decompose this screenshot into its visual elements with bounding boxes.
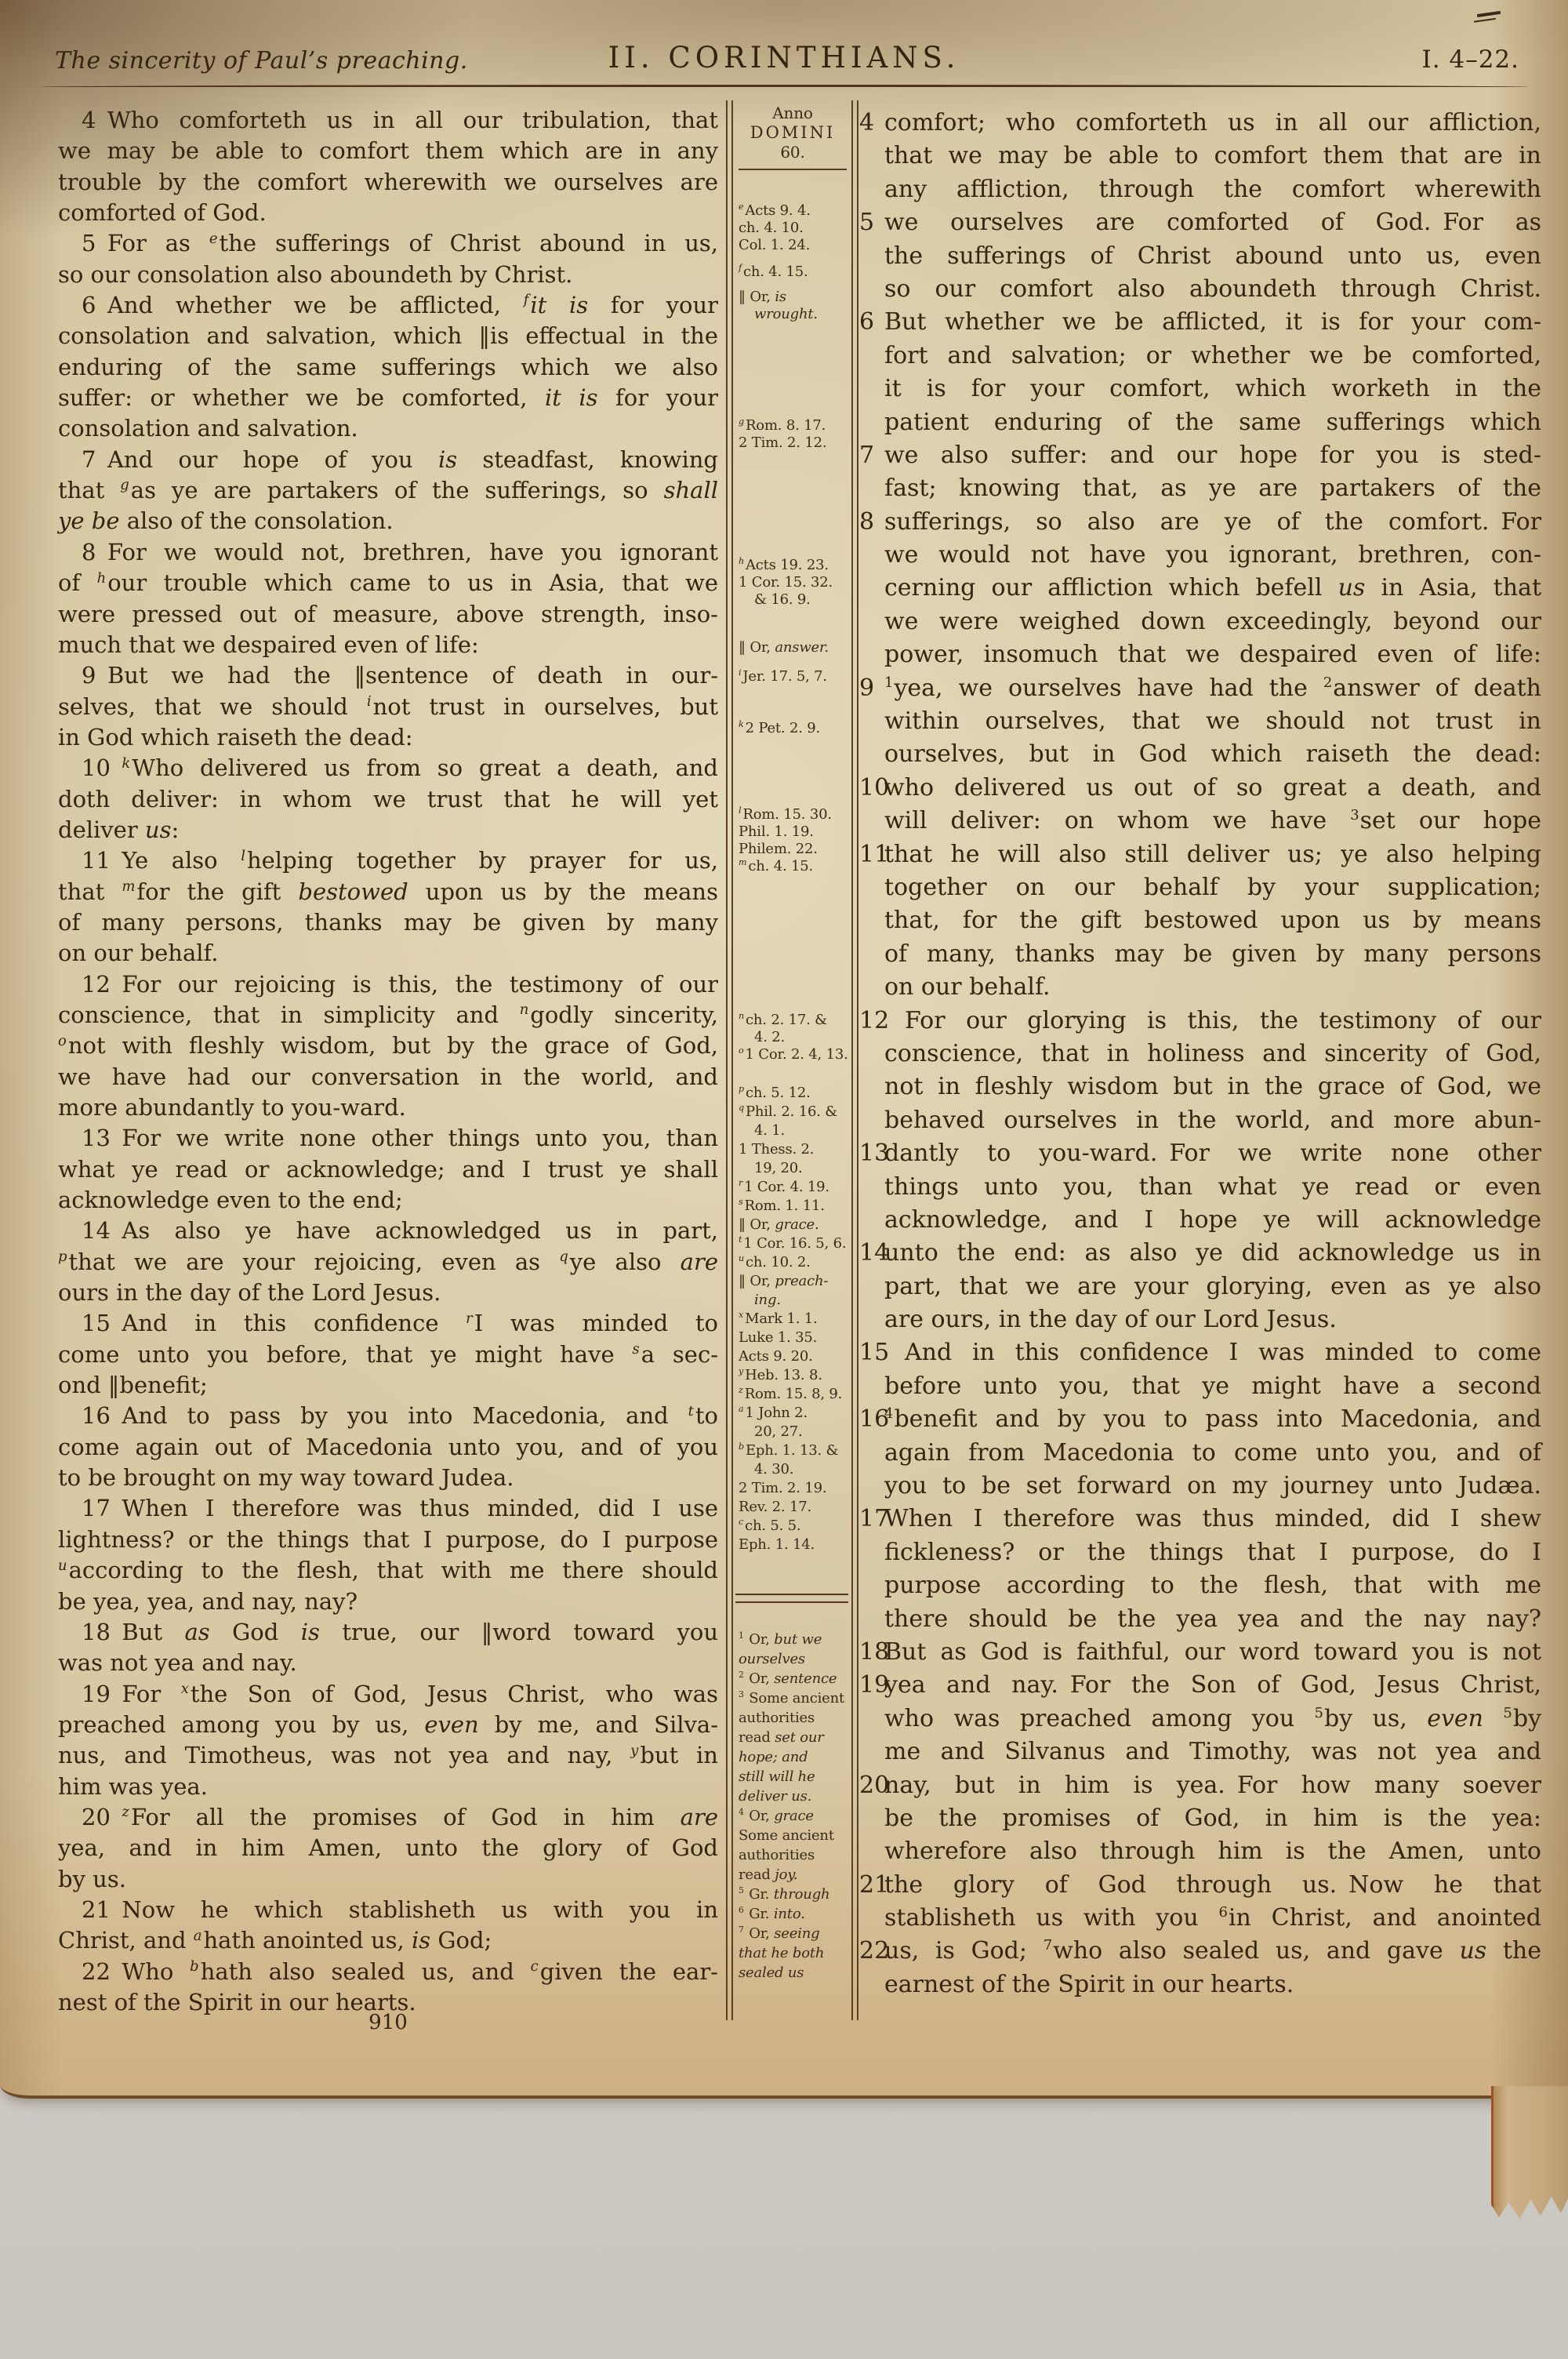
rv-text-line: 17When I therefore was thus minded, did … <box>884 1503 1541 1536</box>
rv-text-line: we were weighed down exceedingly, beyond… <box>884 605 1541 638</box>
italic-text: seeing <box>774 1925 819 1942</box>
kjv-text-line: 15 And in this confidence rI was minded … <box>58 1308 718 1339</box>
superscript-ref: 7 <box>1044 1937 1052 1954</box>
margin-note-line: Rev. 2. 17. <box>739 1498 850 1517</box>
superscript-ref: 6 <box>1218 1904 1227 1921</box>
rv-text-line: conscience, that in holiness and sinceri… <box>884 1038 1541 1070</box>
rv-text-line: there should be the yea yea and the nay … <box>884 1603 1541 1636</box>
margin-note-line: eActs 9. 4. <box>739 202 850 220</box>
rv-text-line: 7we also suffer: and our hope for you is… <box>884 439 1541 472</box>
margin-note-line: hope; and <box>739 1747 850 1767</box>
kjv-text-line: nus, and Timotheus, was not yea and nay,… <box>58 1740 718 1771</box>
margin-note: nch. 2. 17. &4. 2.o1 Cor. 2. 4, 13. <box>739 1012 850 1063</box>
superscript-ref: p <box>58 1249 67 1265</box>
superscript-ref: 3 <box>739 1689 744 1699</box>
superscript-ref: 2 <box>739 1670 744 1680</box>
book-page: The sincerity of Paul’s preaching. II. C… <box>0 0 1568 2099</box>
rv-text-line: 19yea and nay. For the Son of God, Jesus… <box>884 1669 1541 1702</box>
column-rule <box>731 100 733 2020</box>
column-rule <box>726 100 728 2020</box>
margin-note: hActs 19. 23.1 Cor. 15. 32.& 16. 9. <box>739 557 850 609</box>
margin-note-line: 2 Or, sentence <box>739 1669 850 1688</box>
kjv-text-line: consolation and salvation, which ‖is eff… <box>58 321 718 351</box>
margin-note-line: pch. 5. 12. <box>739 1084 850 1103</box>
kjv-text-line: on our behalf. <box>58 938 718 969</box>
margin-note-line: fch. 4. 15. <box>739 264 850 281</box>
verse-number: 16 <box>859 1403 883 1436</box>
superscript-ref: 2 <box>1323 674 1332 691</box>
kjv-text-line: 9 But we had the ‖sentence of death in o… <box>58 660 718 691</box>
margin-note: gRom. 8. 17.2 Tim. 2. 12. <box>739 417 850 452</box>
kjv-text-line: what ye read or acknowledge; and I trust… <box>58 1154 718 1185</box>
kjv-text-line: acknowledge even to the end; <box>58 1185 718 1216</box>
italic-text: us <box>145 816 172 843</box>
kjv-text-line: 17 When I therefore was thus minded, did… <box>58 1493 718 1524</box>
margin-note-line: ‖ Or, preach- <box>739 1272 850 1291</box>
kjv-text-line: 14 As also ye have acknowledged us in pa… <box>58 1216 718 1246</box>
margin-note-line: 4. 30. <box>739 1460 850 1479</box>
superscript-ref: 3 <box>1350 807 1359 823</box>
superscript-ref: f <box>524 292 529 308</box>
verse-number: 18 <box>859 1636 883 1669</box>
rv-text-line: power, insomuch that we despaired even o… <box>884 638 1541 671</box>
superscript-ref: u <box>739 1253 744 1263</box>
rv-text-line: 20nay, but in him is yea. For how many s… <box>884 1769 1541 1802</box>
kjv-text-line: to be brought on my way toward Judea. <box>58 1463 718 1493</box>
verse-number: 8 <box>859 506 883 539</box>
margin-note-line: 4. 2. <box>739 1029 850 1046</box>
rv-text-line: that we may be able to comfort them that… <box>884 140 1541 173</box>
rv-text-line: part, that we are your glorying, even as… <box>884 1270 1541 1303</box>
kjv-text-line: we have had our conversation in the worl… <box>58 1062 718 1092</box>
verse-number: 12 <box>859 1005 883 1038</box>
superscript-ref: 5 <box>739 1885 744 1896</box>
italic-text: ye be <box>58 507 120 534</box>
rv-text-line: before unto you, that ye might have a se… <box>884 1370 1541 1403</box>
rv-text-line: it is for your comfort, which worketh in… <box>884 373 1541 405</box>
bookmark-ribbon <box>1491 2086 1568 2224</box>
superscript-ref: e <box>739 202 743 212</box>
kjv-text-line: comforted of God. <box>58 198 718 228</box>
italic-text: grace <box>774 1808 814 1824</box>
margin-note-line: 1 Thess. 2. <box>739 1140 850 1159</box>
rv-text-line: stablisheth us with you 6in Christ, and … <box>884 1902 1541 1935</box>
superscript-ref: o <box>739 1045 744 1056</box>
italic-text: ourselves <box>739 1651 805 1667</box>
kjv-text-line: 6 And whether we be afflicted, fit is fo… <box>58 290 718 321</box>
kjv-text-line: was not yea and nay. <box>58 1648 718 1678</box>
rv-text-line: 4comfort; who comforteth us in all our a… <box>884 107 1541 140</box>
superscript-ref: f <box>739 263 742 273</box>
column-rule <box>857 100 858 2020</box>
italic-text: but we <box>774 1631 822 1648</box>
superscript-ref: x <box>181 1681 189 1697</box>
italic-text: grace. <box>775 1216 818 1233</box>
margin-note-line: qPhil. 2. 16. & <box>739 1103 850 1121</box>
superscript-ref: o <box>58 1033 67 1049</box>
verse-number: 17 <box>859 1503 883 1536</box>
italic-text: is <box>301 1619 320 1645</box>
rv-text-line: any affliction, through the comfort wher… <box>884 173 1541 206</box>
anno-line: DOMINI <box>735 123 850 143</box>
rv-text-line: 13dantly to you-ward. For we write none … <box>884 1137 1541 1170</box>
italic-text: are <box>681 1804 718 1830</box>
rv-text-line: fickleness? or the things that I purpose… <box>884 1536 1541 1569</box>
margin-note-line: hActs 19. 23. <box>739 557 850 574</box>
kjv-text-line: conscience, that in simplicity and ngodl… <box>58 1000 718 1030</box>
margin-note: ‖ Or, answer. <box>739 639 850 656</box>
margin-note-line: ‖ Or, answer. <box>739 639 850 656</box>
kjv-text-line: uaccording to the flesh, that with me th… <box>58 1555 718 1586</box>
italic-text: preach- <box>775 1273 828 1289</box>
italic-text: that he both <box>739 1945 824 1961</box>
margin-note-line: 1 Cor. 15. 32. <box>739 574 850 591</box>
rv-text-line: 15And in this confidence I was minded to… <box>884 1336 1541 1369</box>
kjv-text-line: doth deliver: in whom we trust that he w… <box>58 784 718 815</box>
kjv-text-line: him was yea. <box>58 1772 718 1802</box>
italic-text: even <box>1427 1705 1483 1732</box>
rv-text-line: you to be set forward on my journey unto… <box>884 1470 1541 1503</box>
margin-note-line: read joy. <box>739 1865 850 1885</box>
italic-text: still will he <box>739 1768 815 1785</box>
margin-note-line: xMark 1. 1. <box>739 1310 850 1329</box>
margin-note-line: ch. 4. 10. <box>739 220 850 237</box>
verse-number: 9 <box>859 672 883 705</box>
rv-text-line: behaved ourselves in the world, and more… <box>884 1104 1541 1137</box>
margin-note-line: wrought. <box>739 306 850 323</box>
rv-text-line: wherefore also through him is the Amen, … <box>884 1835 1541 1868</box>
italic-text: through <box>774 1886 830 1903</box>
kjv-text-line: ond ‖benefit; <box>58 1370 718 1401</box>
margin-divider-rule <box>735 1594 848 1603</box>
verse-number: 21 <box>859 1869 883 1902</box>
superscript-ref: a <box>194 1928 202 1944</box>
kjv-text-line: of hour trouble which came to us in Asia… <box>58 568 718 598</box>
rv-text-line: 18But as God is faithful, our word towar… <box>884 1636 1541 1669</box>
kjv-text-line: be yea, yea, and nay, nay? <box>58 1587 718 1617</box>
superscript-ref: c <box>531 1958 539 1975</box>
margin-note: 1 Or, but weourselves2 Or, sentence3 Som… <box>739 1630 850 1983</box>
verse-number: 6 <box>859 306 883 339</box>
italic-text: bestowed <box>298 878 408 905</box>
kjv-text-line: 11 Ye also lhelping together by prayer f… <box>58 845 718 876</box>
verse-number: 22 <box>859 1935 883 1968</box>
margin-note-line: authorities <box>739 1708 850 1728</box>
superscript-ref: y <box>739 1366 743 1376</box>
superscript-ref: n <box>520 1001 529 1018</box>
margin-note-line: & 16. 9. <box>739 591 850 609</box>
kjv-text-line: suffer: or whether we be comforted, it i… <box>58 383 718 413</box>
rv-text-line: cerning our affliction which befell us i… <box>884 572 1541 605</box>
margin-note-line: r1 Cor. 4. 19. <box>739 1178 850 1197</box>
margin-note-line: Philem. 22. <box>739 841 850 858</box>
italic-text: is <box>438 446 457 473</box>
superscript-ref: m <box>739 857 746 867</box>
margin-note: ‖ Or, iswrought. <box>739 289 850 323</box>
pen-mark <box>1477 11 1501 17</box>
margin-note-line: deliver us. <box>739 1787 850 1806</box>
verse-number: 10 <box>859 772 883 805</box>
superscript-ref: p <box>739 1084 744 1094</box>
rv-text-line: the sufferings of Christ abound unto us,… <box>884 240 1541 273</box>
italic-text: it is <box>545 384 598 411</box>
italic-text: are <box>681 1249 718 1275</box>
margin-note-line: 4. 1. <box>739 1121 850 1140</box>
rv-text-line: me and Silvanus and Timothy, was not yea… <box>884 1736 1541 1768</box>
kjv-text-line: onot with fleshly wisdom, but by the gra… <box>58 1030 718 1061</box>
margin-note: eActs 9. 4.ch. 4. 10.Col. 1. 24. <box>739 202 850 254</box>
verse-number: 4 <box>859 107 883 140</box>
superscript-ref: 7 <box>739 1925 744 1935</box>
superscript-ref: z <box>122 1804 129 1820</box>
rv-text-line: not in fleshly wisdom but in the grace o… <box>884 1070 1541 1103</box>
rv-text-line: 11that he will also still deliver us; ye… <box>884 838 1541 871</box>
superscript-ref: s <box>633 1341 640 1358</box>
superscript-ref: a <box>739 1404 743 1414</box>
margin-note-line: 5 Gr. through <box>739 1885 850 1904</box>
kjv-text-line: lightness? or the things that I purpose,… <box>58 1525 718 1555</box>
rv-text-line: together on our behalf by your supplicat… <box>884 871 1541 904</box>
page-number: 910 <box>58 2011 718 2034</box>
italic-text: shall <box>664 477 718 503</box>
superscript-ref: g <box>739 416 744 427</box>
margin-note-line: mch. 4. 15. <box>739 858 850 875</box>
margin-note-line: authorities <box>739 1845 850 1865</box>
rv-text-line: on our behalf. <box>884 971 1541 1004</box>
kjv-text-line: so our consolation also aboundeth by Chr… <box>58 260 718 290</box>
superscript-ref: n <box>739 1011 744 1021</box>
superscript-ref: k <box>122 755 130 772</box>
header-chapter-ref: I. 4–22. <box>1422 45 1519 74</box>
rv-text-line: 8sufferings, so also are ye of the comfo… <box>884 506 1541 539</box>
margin-note-line: that he both <box>739 1943 850 1963</box>
margin-note: k2 Pet. 2. 9. <box>739 720 850 737</box>
kjv-text-line: of many persons, thanks may be given by … <box>58 907 718 938</box>
kjv-text-line: we may be able to comfort them which are… <box>58 136 718 166</box>
margin-note-line: Acts 9. 20. <box>739 1347 850 1366</box>
superscript-ref: 4 <box>739 1807 744 1817</box>
superscript-ref: b <box>739 1441 744 1452</box>
rv-text-line: again from Macedonia to come unto you, a… <box>884 1437 1541 1470</box>
kjv-text-line: that mfor the gift bestowed upon us by t… <box>58 877 718 907</box>
italic-text: it is <box>530 292 588 318</box>
italic-text: set our <box>775 1729 823 1746</box>
margin-note-line: ing. <box>739 1291 850 1310</box>
superscript-ref: c <box>739 1517 743 1527</box>
italic-text: answer. <box>775 639 829 656</box>
anno-domini-block: Anno DOMINI 60. <box>735 104 850 170</box>
superscript-ref: b <box>190 1958 199 1975</box>
superscript-ref: s <box>739 1197 743 1207</box>
margin-note-line: ‖ Or, is <box>739 289 850 306</box>
margin-note-line: ourselves <box>739 1649 850 1669</box>
kjv-text-line: 7 And our hope of you is steadfast, know… <box>58 445 718 475</box>
margin-note-line: lRom. 15. 30. <box>739 806 850 823</box>
margin-note-line: gRom. 8. 17. <box>739 417 850 434</box>
rv-text-line: 164benefit and by you to pass into Maced… <box>884 1403 1541 1436</box>
rv-text-line: fast; knowing that, as ye are partakers … <box>884 472 1541 505</box>
kjv-text-line: 20 zFor all the promises of God in him a… <box>58 1802 718 1833</box>
kjv-text-line: Christ, and ahath anointed us, is God; <box>58 1925 718 1956</box>
margin-note-line: 4 Or, grace <box>739 1806 850 1826</box>
superscript-ref: i <box>739 667 741 678</box>
rv-text-line: of many, thanks may be given by many per… <box>884 938 1541 971</box>
superscript-ref: g <box>120 477 129 493</box>
margin-note-line: 19, 20. <box>739 1159 850 1178</box>
margin-note-line: Eph. 1. 14. <box>739 1536 850 1554</box>
superscript-ref: i <box>367 693 372 710</box>
italic-text: wrought. <box>754 306 818 322</box>
rv-column: 4comfort; who comforteth us in all our a… <box>884 107 1541 2001</box>
margin-note-line: a1 John 2. <box>739 1404 850 1423</box>
kjv-text-line: 4 Who comforteth us in all our tribulati… <box>58 105 718 136</box>
anno-line: Anno <box>735 104 850 123</box>
column-rule <box>851 100 853 2020</box>
margin-note-line: zRom. 15. 8, 9. <box>739 1385 850 1404</box>
superscript-ref: h <box>97 570 107 587</box>
rv-text-line: 6But whether we be afflicted, it is for … <box>884 306 1541 339</box>
margin-note-line: o1 Cor. 2. 4, 13. <box>739 1046 850 1063</box>
margin-note-line: yHeb. 13. 8. <box>739 1366 850 1385</box>
rv-text-line: so our comfort also aboundeth through Ch… <box>884 273 1541 306</box>
superscript-ref: m <box>122 878 135 895</box>
margin-note-line: 3 Some ancient <box>739 1688 850 1708</box>
superscript-ref: r <box>466 1310 473 1327</box>
superscript-ref: l <box>739 805 741 816</box>
rv-text-line: ourselves, but in God which raiseth the … <box>884 738 1541 771</box>
margin-note: iJer. 17. 5, 7. <box>739 668 850 685</box>
margin-note-line: 2 Tim. 2. 19. <box>739 1479 850 1498</box>
kjv-text-line: ours in the day of the Lord Jesus. <box>58 1278 718 1308</box>
kjv-text-line: preached among you by us, even by me, an… <box>58 1710 718 1740</box>
superscript-ref: x <box>739 1310 743 1320</box>
margin-note-line: 7 Or, seeing <box>739 1924 850 1943</box>
verse-number: 14 <box>859 1237 883 1270</box>
superscript-ref: q <box>739 1103 744 1113</box>
anno-line: 60. <box>735 143 850 162</box>
verse-number: 5 <box>859 206 883 239</box>
superscript-ref: z <box>739 1385 743 1395</box>
superscript-ref: 6 <box>739 1905 744 1915</box>
margin-note-line: read set our <box>739 1728 850 1747</box>
kjv-text-line: 18 But as God is true, our ‖word toward … <box>58 1617 718 1648</box>
superscript-ref: y <box>630 1743 638 1759</box>
margin-note-line: 6 Gr. into. <box>739 1904 850 1924</box>
rv-text-line: will deliver: on whom we have 3set our h… <box>884 805 1541 838</box>
italic-text: into. <box>774 1906 805 1922</box>
superscript-ref: k <box>739 719 744 729</box>
kjv-text-line: 10 kWho delivered us from so great a dea… <box>58 753 718 783</box>
kjv-text-line: come again out of Macedonia unto you, an… <box>58 1432 718 1463</box>
kjv-text-line: much that we despaired even of life: <box>58 630 718 660</box>
margin-note-line: t1 Cor. 16. 5, 6. <box>739 1234 850 1253</box>
photo-background: The sincerity of Paul’s preaching. II. C… <box>0 0 1568 2359</box>
kjv-text-line: 22 Who bhath also sealed us, and cgiven … <box>58 1957 718 1987</box>
italic-text: ing. <box>754 1292 781 1308</box>
margin-note-line: uch. 10. 2. <box>739 1253 850 1272</box>
rv-text-line: 22us, is God; 7who also sealed us, and g… <box>884 1935 1541 1968</box>
rv-text-line: earnest of the Spirit in our hearts. <box>884 1968 1541 2001</box>
margin-note: lRom. 15. 30.Phil. 1. 19.Philem. 22.mch.… <box>739 806 850 875</box>
kjv-text-line: 13 For we write none other things unto y… <box>58 1123 718 1154</box>
margin-note-line: still will he <box>739 1767 850 1787</box>
margin-note: fch. 4. 15. <box>739 264 850 281</box>
rv-text-line: things unto you, than what ye read or ev… <box>884 1171 1541 1204</box>
superscript-ref: 1 <box>739 1630 744 1641</box>
margin-note-line: nch. 2. 17. & <box>739 1012 850 1029</box>
rv-text-line: 21the glory of God through us. Now he th… <box>884 1869 1541 1902</box>
verse-number: 7 <box>859 439 883 472</box>
kjv-text-line: 21 Now he which stablisheth us with you … <box>58 1895 718 1925</box>
superscript-ref: 5 <box>1315 1705 1323 1721</box>
kjv-text-line: come unto you before, that ye might have… <box>58 1339 718 1370</box>
rv-text-line: acknowledge, and I hope ye will acknowle… <box>884 1204 1541 1237</box>
margin-note: pch. 5. 12.qPhil. 2. 16. &4. 1.1 Thess. … <box>739 1084 850 1554</box>
kjv-text-line: 5 For as ethe sufferings of Christ aboun… <box>58 228 718 259</box>
rv-text-line: be the promises of God, in him is the ye… <box>884 1802 1541 1835</box>
margin-note-line: Phil. 1. 19. <box>739 823 850 841</box>
kjv-text-line: enduring of the same sufferings which we… <box>58 352 718 383</box>
margin-note-line: 20, 27. <box>739 1423 850 1441</box>
margin-note-line: Col. 1. 24. <box>739 237 850 254</box>
rv-text-line: 14unto the end: as also ye did acknowled… <box>884 1237 1541 1270</box>
italic-text: sealed us <box>739 1965 804 1981</box>
verse-number: 20 <box>859 1769 883 1802</box>
margin-note-line: 1 Or, but we <box>739 1630 850 1649</box>
kjv-text-line: yea, and in him Amen, unto the glory of … <box>58 1833 718 1863</box>
kjv-text-line: selves, that we should inot trust in our… <box>58 692 718 722</box>
superscript-ref: h <box>739 556 744 566</box>
italic-text: hope; and <box>739 1749 808 1765</box>
rv-text-line: within ourselves, that we should not tru… <box>884 705 1541 738</box>
header-rule <box>39 85 1529 87</box>
kjv-text-line: consolation and salvation. <box>58 413 718 444</box>
kjv-text-line: in God which raiseth the dead: <box>58 722 718 753</box>
superscript-ref: q <box>559 1249 568 1265</box>
rv-text-line: patient enduring of the same sufferings … <box>884 406 1541 439</box>
superscript-ref: 1 <box>884 674 893 691</box>
kjv-text-line: 16 And to pass by you into Macedonia, an… <box>58 1401 718 1431</box>
italic-text: is <box>775 289 786 305</box>
margin-note-line: Some ancient <box>739 1826 850 1845</box>
kjv-text-line: 8 For we would not, brethren, have you i… <box>58 537 718 568</box>
italic-text: us <box>1338 574 1366 602</box>
kjv-text-line: more abundantly to you-ward. <box>58 1092 718 1123</box>
rv-text-line: that, for the gift bestowed upon us by m… <box>884 904 1541 937</box>
italic-text: us <box>1459 1937 1486 1965</box>
italic-text: joy. <box>775 1866 797 1883</box>
kjv-column: 4 Who comforteth us in all our tribulati… <box>58 105 718 2018</box>
italic-text: even <box>424 1711 478 1738</box>
rv-text-line: are ours, in the day of our Lord Jesus. <box>884 1303 1541 1336</box>
verse-number: 13 <box>859 1137 883 1170</box>
verse-number: 11 <box>859 838 883 871</box>
kjv-text-line: were pressed out of measure, above stren… <box>58 599 718 630</box>
margin-note-line: Luke 1. 35. <box>739 1329 850 1347</box>
margin-note-line: 2 Tim. 2. 12. <box>739 434 850 452</box>
superscript-ref: 5 <box>1503 1705 1512 1721</box>
italic-text: deliver us. <box>739 1788 811 1805</box>
rv-text-line: fort and salvation; or whether we be com… <box>884 340 1541 373</box>
kjv-text-line: pthat we are your rejoicing, even as qye… <box>58 1247 718 1278</box>
superscript-ref: r <box>739 1178 742 1188</box>
margin-note-line: bEph. 1. 13. & <box>739 1441 850 1460</box>
rv-text-line: 5we ourselves are comforted of God. For … <box>884 206 1541 239</box>
kjv-text-line: ye be also of the consolation. <box>58 506 718 536</box>
margin-note-line: cch. 5. 5. <box>739 1517 850 1536</box>
kjv-text-line: trouble by the comfort wherewith we ours… <box>58 167 718 198</box>
rv-text-line: 10who delivered us out of so great a dea… <box>884 772 1541 805</box>
